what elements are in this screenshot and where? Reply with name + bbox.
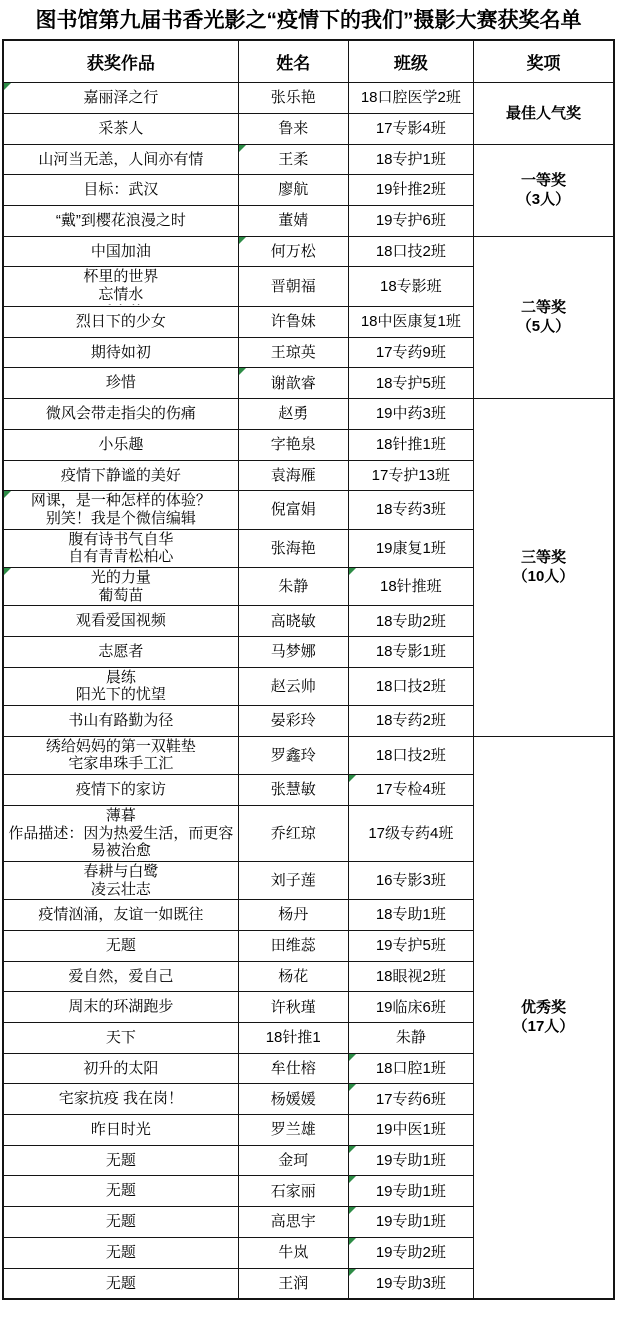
cell-name: 石家丽 — [238, 1176, 348, 1207]
winner-name: 赵云帅 — [271, 678, 316, 695]
work-title-line: 阳光下的忧望 — [6, 686, 236, 704]
cell-award: 优秀奖（17人） — [473, 736, 614, 1299]
cell-class: 18口技2班 — [348, 667, 473, 705]
winner-name: 廖航 — [278, 181, 308, 198]
winner-name: 倪富娟 — [271, 501, 316, 518]
cell-class: 19中医1班 — [348, 1115, 473, 1146]
work-title-line: 小乐趣 — [6, 436, 236, 454]
cell-class: 19专护5班 — [348, 930, 473, 961]
cell-name: 张海艳 — [238, 529, 348, 567]
cell-class: 朱静 — [348, 1023, 473, 1054]
cell-work: 绣给妈妈的第一双鞋垫宅家串珠手工汇 — [3, 736, 238, 774]
winner-name: 金珂 — [278, 1152, 308, 1169]
work-title-line: 光的力量 — [6, 569, 236, 587]
work-title-line: 昨日时光 — [6, 1121, 236, 1139]
winner-class: 18口技2班 — [376, 243, 446, 260]
winner-class: 18眼视2班 — [376, 968, 446, 985]
work-title-line: 无题 — [6, 1213, 236, 1231]
work-title-line: 中国加油 — [6, 243, 236, 261]
winner-name: 高晓敏 — [271, 613, 316, 630]
award-results-table: 获奖作品 姓名 班级 奖项 嘉丽泽之行张乐艳18口腔医学2班最佳人气奖采茶人鲁来… — [2, 39, 615, 1300]
winner-class: 19临床6班 — [376, 999, 446, 1016]
cell-work: 小乐趣 — [3, 429, 238, 460]
cell-class: 18专药2班 — [348, 706, 473, 737]
work-title-line: 宅家抗疫 我在岗！ — [6, 1090, 236, 1108]
cell-class: 16专影3班 — [348, 861, 473, 899]
cell-name: 赵勇 — [238, 399, 348, 430]
winner-name: 张乐艳 — [271, 89, 316, 106]
cell-work: 疫情汹涌，友谊一如既往 — [3, 900, 238, 931]
winner-name: 许鲁妹 — [271, 313, 316, 330]
cell-work: 杯里的世界忘情水手上茶 — [3, 267, 238, 307]
winner-class: 18专护5班 — [376, 375, 446, 392]
cell-name: 金珂 — [238, 1145, 348, 1176]
cell-class: 18眼视2班 — [348, 961, 473, 992]
green-corner-marker-icon — [349, 1176, 356, 1183]
cell-class: 18针推班 — [348, 567, 473, 605]
cell-name: 马梦娜 — [238, 637, 348, 668]
work-title-line: 采茶人 — [6, 120, 236, 138]
winner-name: 朱静 — [278, 578, 308, 595]
cell-work: 烈日下的少女 — [3, 307, 238, 338]
table-row: 山河当无恙，人间亦有情王柔18专护1班一等奖（3人） — [3, 144, 614, 175]
cell-award: 最佳人气奖 — [473, 83, 614, 144]
green-corner-marker-icon — [239, 237, 246, 244]
winner-class: 18专护1班 — [376, 151, 446, 168]
work-title-line: 无题 — [6, 937, 236, 955]
cell-award: 三等奖（10人） — [473, 399, 614, 737]
winner-class: 19中药3班 — [376, 405, 446, 422]
winner-name: 马梦娜 — [271, 643, 316, 660]
cell-name: 杨媛媛 — [238, 1084, 348, 1115]
winner-name: 鲁来 — [278, 120, 308, 137]
green-corner-marker-icon — [349, 1054, 356, 1061]
winner-class: 朱静 — [396, 1029, 426, 1046]
work-title-line: 无题 — [6, 1275, 236, 1293]
cell-class: 17专影4班 — [348, 113, 473, 144]
winner-class: 19专助1班 — [376, 1152, 446, 1169]
cell-class: 18专药3班 — [348, 491, 473, 529]
winner-name: 张海艳 — [271, 540, 316, 557]
cell-award: 一等奖（3人） — [473, 144, 614, 236]
award-label: 优秀奖 — [476, 998, 611, 1018]
winner-name: 罗鑫玲 — [271, 747, 316, 764]
winner-class: 17专护13班 — [372, 467, 450, 484]
cell-name: 高晓敏 — [238, 606, 348, 637]
winner-name: 赵勇 — [278, 405, 308, 422]
work-title-line: 志愿者 — [6, 643, 236, 661]
winner-name: 牛岚 — [278, 1244, 308, 1261]
cell-class: 19专护6班 — [348, 205, 473, 236]
work-title-line: 目标：武汉 — [6, 181, 236, 199]
cell-name: 晏彩玲 — [238, 706, 348, 737]
work-title-line: 嘉丽泽之行 — [6, 89, 236, 107]
green-corner-marker-icon — [349, 775, 356, 782]
cell-class: 19中药3班 — [348, 399, 473, 430]
column-header-award: 奖项 — [473, 40, 614, 83]
winner-name: 张慧敏 — [271, 781, 316, 798]
work-title-line: 疫情下的家访 — [6, 781, 236, 799]
work-title-line: 别笑！我是个微信编辑 — [6, 510, 236, 528]
cell-work: 微风会带走指尖的伤痛 — [3, 399, 238, 430]
work-title-line: 珍惜 — [6, 374, 236, 392]
winner-class: 18专助1班 — [376, 906, 446, 923]
winner-class: 17级专药4班 — [368, 825, 453, 842]
award-count: （10人） — [476, 567, 611, 587]
green-corner-marker-icon — [349, 1207, 356, 1214]
cell-name: 牟仕榕 — [238, 1053, 348, 1084]
cell-award: 二等奖（5人） — [473, 236, 614, 399]
winner-name: 何万松 — [271, 243, 316, 260]
work-title-line: 凌云壮志 — [6, 881, 236, 899]
cell-name: 杨花 — [238, 961, 348, 992]
winner-class: 18口技2班 — [376, 678, 446, 695]
winner-class: 19专助2班 — [376, 1244, 446, 1261]
cell-class: 17级专药4班 — [348, 805, 473, 861]
work-title-line: 疫情下静谧的美好 — [6, 467, 236, 485]
cell-class: 17专药6班 — [348, 1084, 473, 1115]
winner-class: 19中医1班 — [376, 1121, 446, 1138]
cell-class: 17专检4班 — [348, 775, 473, 806]
cell-name: 王琼英 — [238, 337, 348, 368]
column-header-work: 获奖作品 — [3, 40, 238, 83]
table-row: 微风会带走指尖的伤痛赵勇19中药3班三等奖（10人） — [3, 399, 614, 430]
cell-work: “戴”到樱花浪漫之时 — [3, 205, 238, 236]
winner-name: 石家丽 — [271, 1183, 316, 1200]
winner-name: 王琼英 — [271, 344, 316, 361]
work-title-line: 无题 — [6, 1244, 236, 1262]
award-count: （17人） — [476, 1017, 611, 1037]
cell-work: 疫情下静谧的美好 — [3, 460, 238, 491]
column-header-class: 班级 — [348, 40, 473, 83]
cell-class: 18口技2班 — [348, 236, 473, 267]
work-title-line: 爱自然，爱自己 — [6, 968, 236, 986]
cell-name: 袁海雁 — [238, 460, 348, 491]
cell-work: 天下 — [3, 1023, 238, 1054]
winner-name: 乔红琼 — [271, 825, 316, 842]
cell-class: 17专护13班 — [348, 460, 473, 491]
table-row: 中国加油何万松18口技2班二等奖（5人） — [3, 236, 614, 267]
green-corner-marker-icon — [349, 1146, 356, 1153]
work-title-line: 春耕与白鹭 — [6, 863, 236, 881]
work-title-line: 作品描述：因为热爱生活，而更容 — [6, 825, 236, 843]
winner-class: 18中医康复1班 — [361, 313, 461, 330]
green-corner-marker-icon — [239, 368, 246, 375]
cell-class: 18口腔医学2班 — [348, 83, 473, 114]
winner-class: 17专影4班 — [376, 120, 446, 137]
cell-work: 无题 — [3, 1237, 238, 1268]
winner-name: 高思宇 — [271, 1213, 316, 1230]
winner-class: 18针推1班 — [376, 436, 446, 453]
cell-class: 18中医康复1班 — [348, 307, 473, 338]
winner-class: 17专检4班 — [376, 781, 446, 798]
cell-class: 18口腔1班 — [348, 1053, 473, 1084]
table-body: 嘉丽泽之行张乐艳18口腔医学2班最佳人气奖采茶人鲁来17专影4班山河当无恙，人间… — [3, 83, 614, 1300]
winner-name: 牟仕榕 — [271, 1060, 316, 1077]
award-label: 三等奖 — [476, 548, 611, 568]
winner-name: 杨丹 — [278, 906, 308, 923]
work-title-line: 薄暮 — [6, 807, 236, 825]
work-title-line: 期待如初 — [6, 344, 236, 362]
table-row: 嘉丽泽之行张乐艳18口腔医学2班最佳人气奖 — [3, 83, 614, 114]
cell-name: 字艳泉 — [238, 429, 348, 460]
work-title-line: 腹有诗书气自华 — [6, 531, 236, 549]
award-count: （3人） — [476, 190, 611, 210]
cell-name: 倪富娟 — [238, 491, 348, 529]
cell-name: 晋朝福 — [238, 267, 348, 307]
cell-class: 18专影1班 — [348, 637, 473, 668]
work-title-line: 书山有路勤为径 — [6, 712, 236, 730]
work-title-line: 晨练 — [6, 669, 236, 687]
winner-name: 杨花 — [278, 968, 308, 985]
cell-work: 志愿者 — [3, 637, 238, 668]
winner-class: 19专护6班 — [376, 212, 446, 229]
green-corner-marker-icon — [349, 1238, 356, 1245]
cell-work: 中国加油 — [3, 236, 238, 267]
cell-name: 张慧敏 — [238, 775, 348, 806]
winner-class: 17专药9班 — [376, 344, 446, 361]
cell-work: 无题 — [3, 1268, 238, 1299]
cell-class: 17专药9班 — [348, 337, 473, 368]
cell-work: 网课，是一种怎样的体验？别笑！我是个微信编辑 — [3, 491, 238, 529]
page-title: 图书馆第九届书香光影之“疫情下的我们”摄影大赛获奖名单 — [0, 0, 617, 39]
cell-name: 罗鑫玲 — [238, 736, 348, 774]
header-row: 获奖作品 姓名 班级 奖项 — [3, 40, 614, 83]
cell-work: 珍惜 — [3, 368, 238, 399]
work-title-line: 山河当无恙，人间亦有情 — [6, 151, 236, 169]
winner-name: 刘子莲 — [271, 872, 316, 889]
cell-name: 谢歆睿 — [238, 368, 348, 399]
cell-work: 爱自然，爱自己 — [3, 961, 238, 992]
winner-class: 18专影班 — [380, 278, 442, 295]
winner-class: 18口腔1班 — [376, 1060, 446, 1077]
cell-work: 书山有路勤为径 — [3, 706, 238, 737]
green-corner-marker-icon — [4, 83, 11, 90]
winner-class: 18专影1班 — [376, 643, 446, 660]
work-title-line: 烈日下的少女 — [6, 313, 236, 331]
winner-class: 18专药3班 — [376, 501, 446, 518]
cell-name: 朱静 — [238, 567, 348, 605]
cell-name: 鲁来 — [238, 113, 348, 144]
work-title-line: 自有青青松柏心 — [6, 548, 236, 566]
award-count: （5人） — [476, 317, 611, 337]
cell-work: 观看爱国视频 — [3, 606, 238, 637]
cell-work: 薄暮作品描述：因为热爱生活，而更容易被治愈 — [3, 805, 238, 861]
winner-class: 19针推2班 — [376, 181, 446, 198]
winner-name: 许秋瑾 — [271, 999, 316, 1016]
cell-name: 牛岚 — [238, 1237, 348, 1268]
cell-name: 乔红琼 — [238, 805, 348, 861]
cell-name: 罗兰雄 — [238, 1115, 348, 1146]
cell-class: 19专助3班 — [348, 1268, 473, 1299]
work-title-line: 忘情水 — [6, 286, 236, 304]
cell-class: 18针推1班 — [348, 429, 473, 460]
cell-class: 18专护1班 — [348, 144, 473, 175]
cell-class: 19专助2班 — [348, 1237, 473, 1268]
cell-name: 王柔 — [238, 144, 348, 175]
winner-name: 字艳泉 — [271, 436, 316, 453]
green-corner-marker-icon — [349, 1269, 356, 1276]
work-title-line: 天下 — [6, 1029, 236, 1047]
cell-work: 无题 — [3, 1145, 238, 1176]
cell-name: 许鲁妹 — [238, 307, 348, 338]
winner-class: 18口腔医学2班 — [361, 89, 461, 106]
cell-class: 18专助2班 — [348, 606, 473, 637]
cell-name: 王润 — [238, 1268, 348, 1299]
award-label: 一等奖 — [476, 171, 611, 191]
winner-name: 王柔 — [278, 151, 308, 168]
work-title-line: 周末的环湖跑步 — [6, 998, 236, 1016]
work-title-line: 微风会带走指尖的伤痛 — [6, 405, 236, 423]
cell-work: 无题 — [3, 1207, 238, 1238]
winner-name: 董婧 — [278, 212, 308, 229]
cell-name: 许秋瑾 — [238, 992, 348, 1023]
cell-class: 18专助1班 — [348, 900, 473, 931]
winner-class: 18专药2班 — [376, 712, 446, 729]
cell-class: 18专影班 — [348, 267, 473, 307]
work-title-line: 易被治愈 — [6, 842, 236, 860]
winner-name: 田维蕊 — [271, 937, 316, 954]
green-corner-marker-icon — [349, 1084, 356, 1091]
cell-work: 光的力量葡萄苗 — [3, 567, 238, 605]
work-title-line: 无题 — [6, 1182, 236, 1200]
cell-work: 疫情下的家访 — [3, 775, 238, 806]
winner-name: 晏彩玲 — [271, 712, 316, 729]
cell-name: 高思宇 — [238, 1207, 348, 1238]
cell-name: 董婧 — [238, 205, 348, 236]
cell-class: 18口技2班 — [348, 736, 473, 774]
cell-work: 晨练阳光下的忧望 — [3, 667, 238, 705]
winner-class: 16专影3班 — [376, 872, 446, 889]
winner-class: 19康复1班 — [376, 540, 446, 557]
winner-class: 19专助1班 — [376, 1183, 446, 1200]
work-title-line: 疫情汹涌，友谊一如既往 — [6, 906, 236, 924]
cell-class: 19专助1班 — [348, 1207, 473, 1238]
cell-name: 杨丹 — [238, 900, 348, 931]
winner-class: 18针推班 — [380, 578, 442, 595]
cell-work: 山河当无恙，人间亦有情 — [3, 144, 238, 175]
work-title-line: 葡萄苗 — [6, 587, 236, 605]
award-label: 二等奖 — [476, 298, 611, 318]
cell-name: 何万松 — [238, 236, 348, 267]
cell-class: 19专助1班 — [348, 1176, 473, 1207]
winner-name: 王润 — [278, 1275, 308, 1292]
work-title-line: “戴”到樱花浪漫之时 — [6, 212, 236, 230]
work-title-line: 无题 — [6, 1152, 236, 1170]
cell-class: 19康复1班 — [348, 529, 473, 567]
cell-work: 期待如初 — [3, 337, 238, 368]
winner-name: 罗兰雄 — [271, 1121, 316, 1138]
cell-work: 昨日时光 — [3, 1115, 238, 1146]
award-label: 最佳人气奖 — [476, 104, 611, 124]
cell-class: 19针推2班 — [348, 175, 473, 206]
cell-work: 宅家抗疫 我在岗！ — [3, 1084, 238, 1115]
green-corner-marker-icon — [239, 145, 246, 152]
winner-name: 晋朝福 — [271, 278, 316, 295]
winner-class: 19专助3班 — [376, 1275, 446, 1292]
work-title-line: 手上茶 — [6, 304, 236, 305]
winner-name: 谢歆睿 — [271, 375, 316, 392]
cell-class: 18专护5班 — [348, 368, 473, 399]
winner-name: 杨媛媛 — [271, 1091, 316, 1108]
cell-work: 腹有诗书气自华自有青青松柏心 — [3, 529, 238, 567]
cell-name: 刘子莲 — [238, 861, 348, 899]
work-title-line: 杯里的世界 — [6, 268, 236, 286]
work-title-line: 观看爱国视频 — [6, 612, 236, 630]
cell-class: 19专助1班 — [348, 1145, 473, 1176]
winner-class: 18专助2班 — [376, 613, 446, 630]
green-corner-marker-icon — [349, 568, 356, 575]
green-corner-marker-icon — [4, 568, 11, 575]
cell-work: 初升的太阳 — [3, 1053, 238, 1084]
cell-work: 春耕与白鹭凌云壮志 — [3, 861, 238, 899]
cell-name: 张乐艳 — [238, 83, 348, 114]
winner-class: 17专药6班 — [376, 1091, 446, 1108]
cell-work: 无题 — [3, 1176, 238, 1207]
cell-work: 采茶人 — [3, 113, 238, 144]
column-header-name: 姓名 — [238, 40, 348, 83]
winner-name: 袁海雁 — [271, 467, 316, 484]
cell-work: 嘉丽泽之行 — [3, 83, 238, 114]
winner-name: 18针推1 — [266, 1029, 321, 1046]
cell-name: 18针推1 — [238, 1023, 348, 1054]
cell-class: 19临床6班 — [348, 992, 473, 1023]
winner-class: 19专助1班 — [376, 1213, 446, 1230]
cell-name: 赵云帅 — [238, 667, 348, 705]
cell-work: 目标：武汉 — [3, 175, 238, 206]
work-title-line: 网课，是一种怎样的体验？ — [6, 492, 236, 510]
cell-name: 廖航 — [238, 175, 348, 206]
cell-work: 周末的环湖跑步 — [3, 992, 238, 1023]
work-title-line: 初升的太阳 — [6, 1060, 236, 1078]
cell-work: 无题 — [3, 930, 238, 961]
green-corner-marker-icon — [4, 491, 11, 498]
cell-name: 田维蕊 — [238, 930, 348, 961]
table-row: 绣给妈妈的第一双鞋垫宅家串珠手工汇罗鑫玲18口技2班优秀奖（17人） — [3, 736, 614, 774]
winner-class: 19专护5班 — [376, 937, 446, 954]
work-title-line: 绣给妈妈的第一双鞋垫 — [6, 738, 236, 756]
work-title-line: 宅家串珠手工汇 — [6, 755, 236, 773]
winner-class: 18口技2班 — [376, 747, 446, 764]
